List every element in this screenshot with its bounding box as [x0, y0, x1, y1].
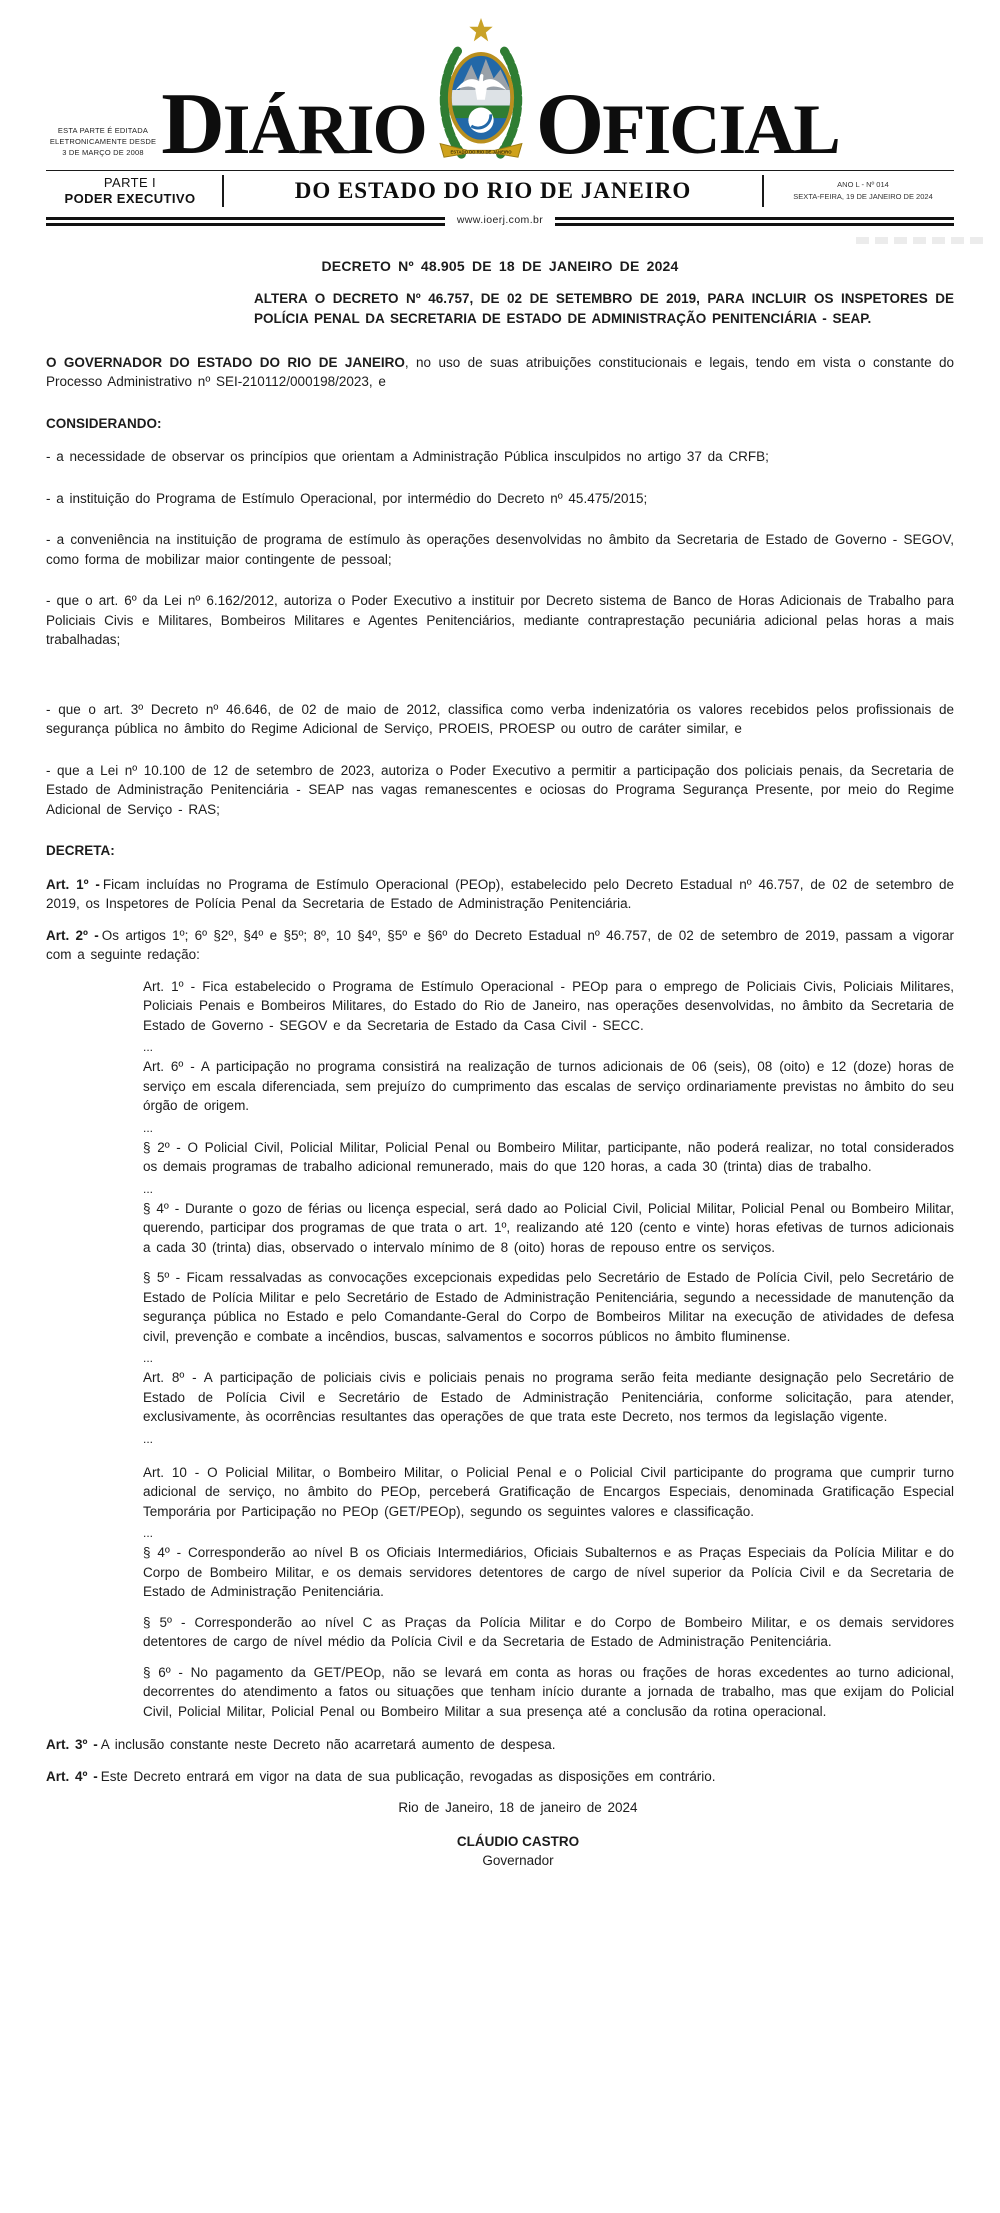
part-label: PARTE I [46, 175, 214, 191]
article-2: Art. 2º -Os artigos 1º; 6º §2º, §4º e §5… [46, 926, 954, 965]
decree-body: DECRETO Nº 48.905 DE 18 DE JANEIRO DE 20… [46, 257, 954, 1870]
quoted-paragraph: § 5º - Ficam ressalvadas as convocações … [143, 1268, 954, 1346]
considering-item: - que o art. 6º da Lei nº 6.162/2012, au… [46, 591, 954, 650]
masthead-initial: O [536, 76, 602, 173]
double-rule-row: www.ioerj.com.br [46, 215, 954, 227]
quoted-paragraph: Art. 8º - A participação de policiais ci… [143, 1368, 954, 1427]
considering-item: - a necessidade de observar os princípio… [46, 447, 954, 467]
faint-stamp [856, 237, 986, 244]
preamble: O GOVERNADOR DO ESTADO DO RIO DE JANEIRO… [46, 353, 954, 392]
issue-number: ANO L - Nº 014 [772, 179, 954, 191]
part-cell: PARTE I PODER EXECUTIVO [46, 175, 214, 206]
masthead-word-rest: FICIAL [602, 91, 839, 169]
place-date-line: Rio de Janeiro, 18 de janeiro de 2024 [64, 1798, 972, 1818]
considering-item: - que o art. 3º Decreto nº 46.646, de 02… [46, 700, 954, 739]
website-url[interactable]: www.ioerj.com.br [445, 214, 555, 226]
rio-state-coat-of-arms: ESTADO DO RIO DE JANEIRO [422, 16, 540, 164]
ellipsis-line: ... [143, 1185, 954, 1193]
masthead-word-rest: IÁRIO [223, 91, 426, 169]
article-3: Art. 3º -A inclusão constante neste Decr… [46, 1735, 954, 1755]
double-rule [555, 217, 954, 226]
article-label: Art. 3º - [46, 1737, 98, 1752]
signature-block: CLÁUDIO CASTRO Governador [64, 1832, 972, 1870]
ellipsis-line: ... [143, 1043, 954, 1051]
quoted-paragraph: § 2º - O Policial Civil, Policial Milita… [143, 1138, 954, 1177]
header-bar-row: PARTE I PODER EXECUTIVO DO ESTADO DO RIO… [46, 171, 954, 211]
considering-item: - a instituição do Programa de Estímulo … [46, 489, 954, 509]
double-rule [46, 217, 445, 226]
quoted-paragraph: Art. 1º - Fica estabelecido o Programa d… [143, 977, 954, 1036]
article-text: Os artigos 1º; 6º §2º, §4º e §5º; 8º, 10… [46, 928, 954, 963]
edited-note-line: 3 DE MARÇO DE 2008 [44, 148, 162, 159]
quoted-wording-block: Art. 1º - Fica estabelecido o Programa d… [143, 977, 954, 1722]
quoted-paragraph: Art. 10 - O Policial Militar, o Bombeiro… [143, 1463, 954, 1522]
ellipsis-line: ... [143, 1354, 954, 1362]
masthead-word-diario: DIÁRIO [161, 91, 426, 164]
article-text: Este Decreto entrará em vigor na data de… [101, 1769, 716, 1784]
ribbon-text: ESTADO DO RIO DE JANEIRO [450, 149, 512, 154]
decree-ementa: ALTERA O DECRETO Nº 46.757, DE 02 DE SET… [254, 289, 954, 329]
article-label: Art. 1º - [46, 877, 100, 892]
ellipsis-line: ... [143, 1124, 954, 1132]
article-label: Art. 2º - [46, 928, 99, 943]
decree-title: DECRETO Nº 48.905 DE 18 DE JANEIRO DE 20… [46, 257, 954, 277]
quoted-paragraph: Art. 6º - A participação no programa con… [143, 1057, 954, 1116]
masthead-word-oficial: OFICIAL [536, 91, 839, 164]
quoted-paragraph: § 4º - Corresponderão ao nível B os Ofic… [143, 1543, 954, 1602]
article-4: Art. 4º -Este Decreto entrará em vigor n… [46, 1767, 954, 1787]
considering-label: CONSIDERANDO: [46, 414, 954, 434]
star-icon [469, 18, 492, 41]
issue-cell: ANO L - Nº 014 SEXTA-FEIRA, 19 DE JANEIR… [772, 179, 954, 203]
signature-name: CLÁUDIO CASTRO [64, 1832, 972, 1851]
masthead: ESTA PARTE É EDITADA ELETRONICAMENTE DES… [0, 0, 1000, 227]
masthead-initial: D [161, 76, 223, 173]
gazette-subtitle: DO ESTADO DO RIO DE JANEIRO [232, 178, 755, 204]
quoted-paragraph: § 4º - Durante o gozo de férias ou licen… [143, 1199, 954, 1258]
edited-note-line: ELETRONICAMENTE DESDE [44, 137, 162, 148]
article-text: Ficam incluídas no Programa de Estímulo … [46, 877, 954, 912]
gazette-page: ESTA PARTE É EDITADA ELETRONICAMENTE DES… [0, 0, 1000, 2213]
article-1: Art. 1º -Ficam incluídas no Programa de … [46, 875, 954, 914]
issue-date: SEXTA-FEIRA, 19 DE JANEIRO DE 2024 [772, 191, 954, 203]
quoted-paragraph: § 6º - No pagamento da GET/PEOp, não se … [143, 1663, 954, 1722]
edited-note-line: ESTA PARTE É EDITADA [44, 126, 162, 137]
ellipsis-line: ... [143, 1435, 954, 1443]
vertical-divider [762, 175, 764, 207]
branch-label: PODER EXECUTIVO [46, 191, 214, 207]
article-text: A inclusão constante neste Decreto não a… [101, 1737, 556, 1752]
article-label: Art. 4º - [46, 1769, 98, 1784]
signature-role: Governador [64, 1851, 972, 1870]
ellipsis-line: ... [143, 1529, 954, 1537]
vertical-divider [222, 175, 224, 207]
considering-item: - que a Lei nº 10.100 de 12 de setembro … [46, 761, 954, 820]
considering-item: - a conveniência na instituição de progr… [46, 530, 954, 569]
edited-note: ESTA PARTE É EDITADA ELETRONICAMENTE DES… [44, 126, 162, 159]
preamble-author: O GOVERNADOR DO ESTADO DO RIO DE JANEIRO [46, 355, 405, 370]
decreta-label: DECRETA: [46, 841, 954, 861]
quoted-paragraph: § 5º - Corresponderão ao nível C as Praç… [143, 1613, 954, 1652]
